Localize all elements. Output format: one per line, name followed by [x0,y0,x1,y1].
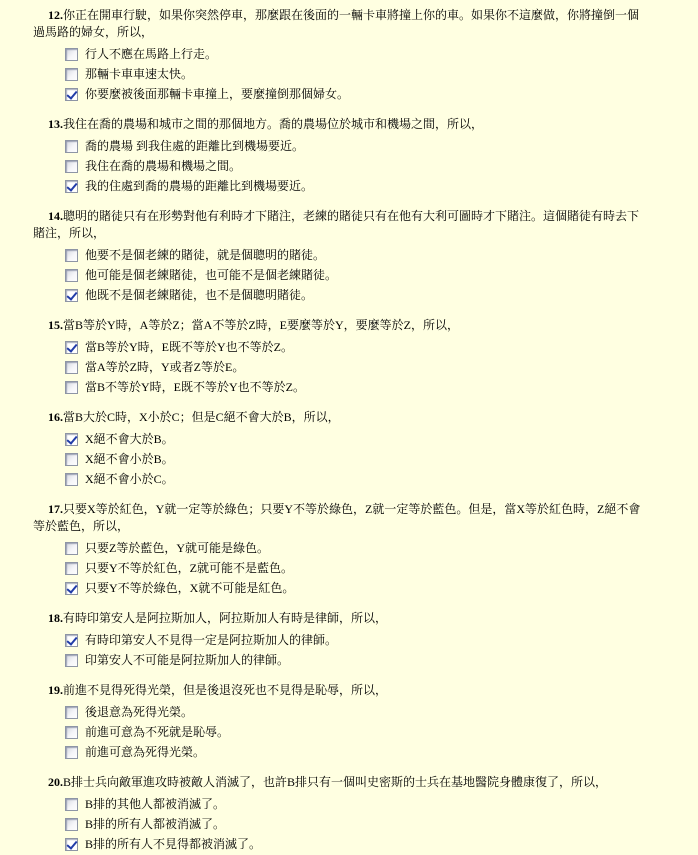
question-number: 19. [48,683,63,697]
checkmark-icon [66,433,77,445]
question-text: 16.當B大於C時，X小於C；但是C絕不會大於B，所以， [33,409,648,426]
question-number: 13. [48,117,63,131]
checkbox-unchecked[interactable] [65,361,78,374]
checkbox-unchecked[interactable] [65,249,78,262]
question-statement: 當B等於Y時，A等於Z；當A不等於Z時，E要麼等於Y，要麼等於Z，所以， [63,318,459,332]
checkbox-checked[interactable] [65,582,78,595]
checkbox-unchecked[interactable] [65,381,78,394]
answer-option[interactable]: B排的所有人都被消滅了。 [65,814,698,834]
question-text: 15.當B等於Y時，A等於Z；當A不等於Z時，E要麼等於Y，要麼等於Z，所以， [33,317,648,334]
option-label: 喬的農場 到我住處的距離比到機場要近。 [85,138,304,155]
option-label: 我住在喬的農場和機場之間。 [85,158,241,175]
quiz-form: 12.你正在開車行駛，如果你突然停車，那麼跟在後面的一輛卡車將撞上你的車。如果你… [0,0,698,854]
answer-option[interactable]: 我住在喬的農場和機場之間。 [65,156,698,176]
question-14: 14.聰明的賭徒只有在形勢對他有利時才下賭注，老練的賭徒只有在他有大利可圖時才下… [0,208,698,305]
option-label: 行人不應在馬路上行走。 [85,46,217,63]
option-label: 只要Z等於藍色，Y就可能是綠色。 [85,540,269,557]
question-text: 19.前進不見得死得光榮，但是後退沒死也不見得是恥辱，所以， [33,682,648,699]
option-label: X絕不會小於B。 [85,451,174,468]
question-statement: 你正在開車行駛，如果你突然停車，那麼跟在後面的一輛卡車將撞上你的車。如果你不這麼… [33,8,639,39]
answer-option[interactable]: 前進可意為不死就是恥辱。 [65,722,698,742]
question-number: 17. [48,502,63,516]
checkmark-icon [66,341,77,353]
option-label: 有時印第安人不見得一定是阿拉斯加人的律師。 [85,632,337,649]
options-list: 他要不是個老練的賭徒，就是個聰明的賭徒。 他可能是個老練賭徒，也可能不是個老練賭… [65,245,698,305]
options-list: 只要Z等於藍色，Y就可能是綠色。 只要Y不等於紅色，Z就可能不是藍色。 只要Y不… [65,538,698,598]
option-label: B排的所有人不見得都被消滅了。 [85,836,261,853]
question-16: 16.當B大於C時，X小於C；但是C絕不會大於B，所以， X絕不會大於B。 X絕… [0,409,698,489]
answer-option[interactable]: 我的住處到喬的農場的距離比到機場要近。 [65,176,698,196]
option-label: 他要不是個老練的賭徒，就是個聰明的賭徒。 [85,247,325,264]
answer-option[interactable]: 喬的農場 到我住處的距離比到機場要近。 [65,136,698,156]
option-label: 你要麼被後面那輛卡車撞上，要麼撞倒那個婦女。 [85,86,349,103]
checkbox-unchecked[interactable] [65,654,78,667]
checkbox-unchecked[interactable] [65,706,78,719]
question-number: 18. [48,611,63,625]
question-19: 19.前進不見得死得光榮，但是後退沒死也不見得是恥辱，所以， 後退意為死得光榮。… [0,682,698,762]
options-list: X絕不會大於B。 X絕不會小於B。 X絕不會小於C。 [65,429,698,489]
checkbox-unchecked[interactable] [65,453,78,466]
answer-option[interactable]: 前進可意為死得光榮。 [65,742,698,762]
checkbox-checked[interactable] [65,838,78,851]
answer-option[interactable]: 有時印第安人不見得一定是阿拉斯加人的律師。 [65,630,698,650]
checkbox-checked[interactable] [65,433,78,446]
answer-option[interactable]: X絕不會小於C。 [65,469,698,489]
question-statement: B排士兵向敵軍進攻時被敵人消滅了，也許B排只有一個叫史密斯的士兵在基地醫院身體康… [63,775,607,789]
question-15: 15.當B等於Y時，A等於Z；當A不等於Z時，E要麼等於Y，要麼等於Z，所以， … [0,317,698,397]
option-label: 印第安人不可能是阿拉斯加人的律師。 [85,652,289,669]
options-list: 行人不應在馬路上行走。 那輛卡車車速太快。 你要麼被後面那輛卡車撞上，要麼撞倒那… [65,44,698,104]
answer-option[interactable]: 當B不等於Y時，E既不等於Y也不等於Z。 [65,377,698,397]
question-text: 20.B排士兵向敵軍進攻時被敵人消滅了，也許B排只有一個叫史密斯的士兵在基地醫院… [33,774,648,791]
question-text: 13.我住在喬的農場和城市之間的那個地方。喬的農場位於城市和機場之間，所以， [33,116,648,133]
question-statement: 有時印第安人是阿拉斯加人，阿拉斯加人有時是律師，所以， [63,611,387,625]
question-text: 18.有時印第安人是阿拉斯加人，阿拉斯加人有時是律師，所以， [33,610,648,627]
question-number: 16. [48,410,63,424]
answer-option[interactable]: 當B等於Y時，E既不等於Y也不等於Z。 [65,337,698,357]
answer-option[interactable]: 印第安人不可能是阿拉斯加人的律師。 [65,650,698,670]
checkbox-unchecked[interactable] [65,473,78,486]
checkbox-unchecked[interactable] [65,746,78,759]
option-label: 當B不等於Y時，E既不等於Y也不等於Z。 [85,379,305,396]
checkbox-unchecked[interactable] [65,140,78,153]
answer-option[interactable]: X絕不會大於B。 [65,429,698,449]
option-label: 前進可意為死得光榮。 [85,744,205,761]
answer-option[interactable]: B排的所有人不見得都被消滅了。 [65,834,698,854]
option-label: B排的其他人都被消滅了。 [85,796,225,813]
question-number: 12. [48,8,63,22]
question-statement: 前進不見得死得光榮，但是後退沒死也不見得是恥辱，所以， [63,683,387,697]
answer-option[interactable]: 他既不是個老練賭徒，也不是個聰明賭徒。 [65,285,698,305]
question-statement: 當B大於C時，X小於C；但是C絕不會大於B，所以， [63,410,340,424]
checkbox-checked[interactable] [65,341,78,354]
checkbox-unchecked[interactable] [65,68,78,81]
option-label: 只要Y不等於紅色，Z就可能不是藍色。 [85,560,293,577]
question-statement: 只要X等於紅色，Y就一定等於綠色；只要Y不等於綠色，Z就一定等於藍色。但是，當X… [33,502,640,533]
checkmark-icon [66,289,77,301]
option-label: 我的住處到喬的農場的距離比到機場要近。 [85,178,313,195]
answer-option[interactable]: 那輛卡車車速太快。 [65,64,698,84]
quiz-page: { "theme": { "page_bg": "#FFFFE1", "text… [0,0,698,855]
answer-option[interactable]: 當A等於Z時，Y或者Z等於E。 [65,357,698,377]
question-text: 17.只要X等於紅色，Y就一定等於綠色；只要Y不等於綠色，Z就一定等於藍色。但是… [33,501,648,535]
option-label: 那輛卡車車速太快。 [85,66,193,83]
checkbox-unchecked[interactable] [65,48,78,61]
question-text: 14.聰明的賭徒只有在形勢對他有利時才下賭注，老練的賭徒只有在他有大利可圖時才下… [33,208,648,242]
options-list: 喬的農場 到我住處的距離比到機場要近。 我住在喬的農場和機場之間。 我的住處到喬… [65,136,698,196]
option-label: 他可能是個老練賭徒，也可能不是個老練賭徒。 [85,267,337,284]
answer-option[interactable]: 他可能是個老練賭徒，也可能不是個老練賭徒。 [65,265,698,285]
checkbox-unchecked[interactable] [65,818,78,831]
answer-option[interactable]: 後退意為死得光榮。 [65,702,698,722]
answer-option[interactable]: B排的其他人都被消滅了。 [65,794,698,814]
checkbox-unchecked[interactable] [65,542,78,555]
checkmark-icon [66,838,77,850]
checkbox-checked[interactable] [65,88,78,101]
answer-option[interactable]: 只要Z等於藍色，Y就可能是綠色。 [65,538,698,558]
question-12: 12.你正在開車行駛，如果你突然停車，那麼跟在後面的一輛卡車將撞上你的車。如果你… [0,7,698,104]
checkbox-unchecked[interactable] [65,160,78,173]
question-18: 18.有時印第安人是阿拉斯加人，阿拉斯加人有時是律師，所以， 有時印第安人不見得… [0,610,698,670]
answer-option[interactable]: 只要Y不等於綠色，X就不可能是紅色。 [65,578,698,598]
options-list: 當B等於Y時，E既不等於Y也不等於Z。 當A等於Z時，Y或者Z等於E。 當B不等… [65,337,698,397]
checkmark-icon [66,88,77,100]
options-list: 後退意為死得光榮。 前進可意為不死就是恥辱。 前進可意為死得光榮。 [65,702,698,762]
checkbox-unchecked[interactable] [65,269,78,282]
checkbox-checked[interactable] [65,289,78,302]
answer-option[interactable]: 只要Y不等於紅色，Z就可能不是藍色。 [65,558,698,578]
checkmark-icon [66,634,77,646]
option-label: B排的所有人都被消滅了。 [85,816,225,833]
answer-option[interactable]: 行人不應在馬路上行走。 [65,44,698,64]
answer-option[interactable]: 你要麼被後面那輛卡車撞上，要麼撞倒那個婦女。 [65,84,698,104]
options-list: B排的其他人都被消滅了。 B排的所有人都被消滅了。 B排的所有人不見得都被消滅了… [65,794,698,854]
question-statement: 聰明的賭徒只有在形勢對他有利時才下賭注，老練的賭徒只有在他有大利可圖時才下賭注。… [33,209,639,240]
question-statement: 我住在喬的農場和城市之間的那個地方。喬的農場位於城市和機場之間，所以， [63,117,483,131]
question-number: 15. [48,318,63,332]
option-label: 後退意為死得光榮。 [85,704,193,721]
checkbox-checked[interactable] [65,180,78,193]
question-13: 13.我住在喬的農場和城市之間的那個地方。喬的農場位於城市和機場之間，所以， 喬… [0,116,698,196]
option-label: 他既不是個老練賭徒，也不是個聰明賭徒。 [85,287,313,304]
option-label: 只要Y不等於綠色，X就不可能是紅色。 [85,580,294,597]
answer-option[interactable]: X絕不會小於B。 [65,449,698,469]
question-number: 14. [48,209,63,223]
question-number: 20. [48,775,63,789]
question-17: 17.只要X等於紅色，Y就一定等於綠色；只要Y不等於綠色，Z就一定等於藍色。但是… [0,501,698,598]
checkbox-unchecked[interactable] [65,798,78,811]
answer-option[interactable]: 他要不是個老練的賭徒，就是個聰明的賭徒。 [65,245,698,265]
checkbox-unchecked[interactable] [65,726,78,739]
options-list: 有時印第安人不見得一定是阿拉斯加人的律師。 印第安人不可能是阿拉斯加人的律師。 [65,630,698,670]
option-label: X絕不會大於B。 [85,431,174,448]
checkmark-icon [66,180,77,192]
option-label: 前進可意為不死就是恥辱。 [85,724,229,741]
checkbox-checked[interactable] [65,634,78,647]
question-20: 20.B排士兵向敵軍進攻時被敵人消滅了，也許B排只有一個叫史密斯的士兵在基地醫院… [0,774,698,854]
question-text: 12.你正在開車行駛，如果你突然停車，那麼跟在後面的一輛卡車將撞上你的車。如果你… [33,7,648,41]
option-label: 當A等於Z時，Y或者Z等於E。 [85,359,244,376]
checkmark-icon [66,582,77,594]
option-label: 當B等於Y時，E既不等於Y也不等於Z。 [85,339,293,356]
option-label: X絕不會小於C。 [85,471,174,488]
checkbox-unchecked[interactable] [65,562,78,575]
